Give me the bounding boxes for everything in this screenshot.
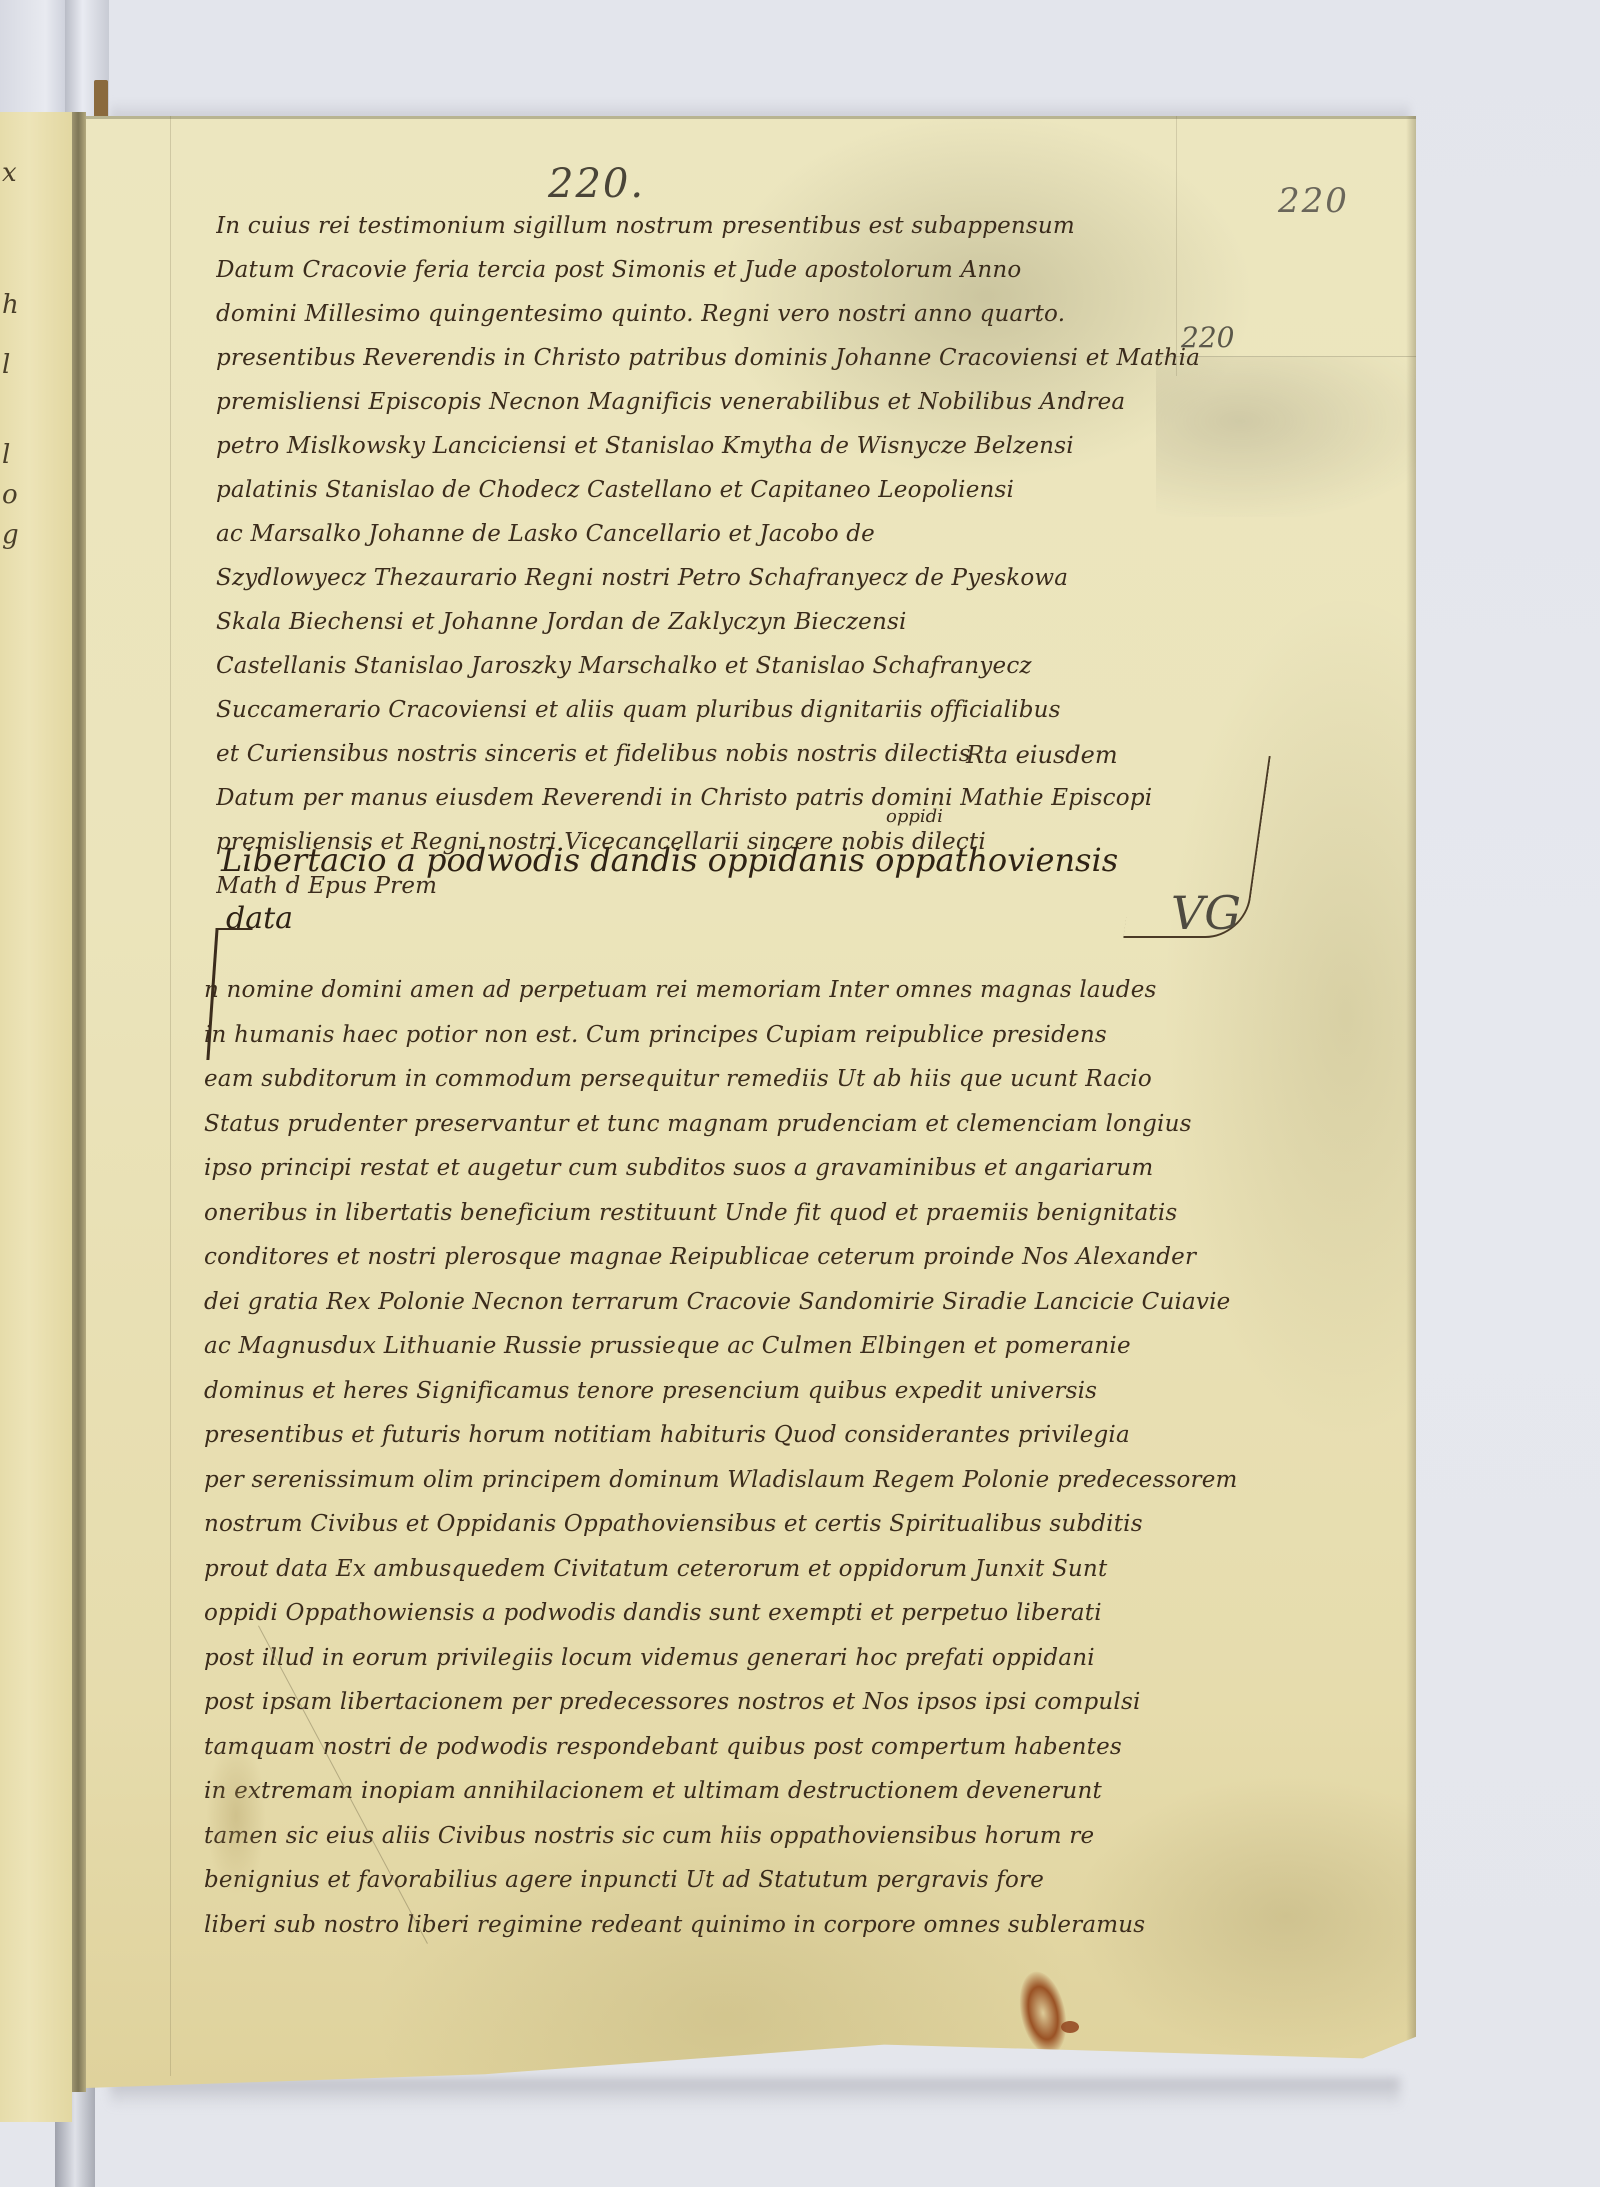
folio-number-corner: 220 [1278, 181, 1349, 221]
facing-page-fragment: x [2, 160, 17, 186]
text-line: Datum Cracovie feria tercia post Simonis… [216, 248, 1276, 292]
text-line: Datum per manus eiusdem Reverendi in Chr… [216, 776, 1276, 820]
text-line: Skala Biechensi et Johanne Jordan de Zak… [216, 600, 1276, 644]
text-line: tamen sic eius aliis Civibus nostris sic… [204, 1814, 1264, 1859]
binding-gutter [72, 112, 86, 2092]
text-line: nostrum Civibus et Oppidanis Oppathovien… [204, 1502, 1264, 1547]
margin-initials: VG [1171, 886, 1241, 940]
text-line: presentibus et futuris horum notitiam ha… [204, 1413, 1264, 1458]
folio-number-header: 220. [548, 161, 645, 207]
text-line: dominus et heres Significamus tenore pre… [204, 1369, 1264, 1414]
wax-stain [1061, 2021, 1079, 2033]
text-line: premisliensi Episcopis Necnon Magnificis… [216, 380, 1276, 424]
wax-stain [1013, 1967, 1074, 2058]
text-line: ac Magnusdux Lithuanie Russie prussieque… [204, 1324, 1264, 1369]
text-line: eam subditorum in commodum persequitur r… [204, 1057, 1264, 1102]
page-edge-shading [1406, 116, 1416, 2088]
text-line: dei gratia Rex Polonie Necnon terrarum C… [204, 1280, 1264, 1325]
text-line: Castellanis Stanislao Jaroszky Marschalk… [216, 644, 1276, 688]
text-line: ac Marsalko Johanne de Lasko Cancellario… [216, 512, 1276, 556]
text-line: benignius et favorabilius agere inpuncti… [204, 1858, 1264, 1903]
manuscript-page: 220. 220 220 In cuius rei testimonium si… [86, 116, 1416, 2088]
page-bottom-shadow [110, 2078, 1400, 2108]
text-line: prout data Ex ambusquedem Civitatum cete… [204, 1547, 1264, 1592]
text-line: per serenissimum olim principem dominum … [204, 1458, 1264, 1503]
text-line: post illud in eorum privilegiis locum vi… [204, 1636, 1264, 1681]
text-line: palatinis Stanislao de Chodecz Castellan… [216, 468, 1276, 512]
facing-page-fragment: g [2, 522, 19, 548]
text-line: post ipsam libertacionem per predecessor… [204, 1680, 1264, 1725]
facing-page-fragment: o [2, 482, 18, 508]
text-line: presentibus Reverendis in Christo patrib… [216, 336, 1276, 380]
text-line: in humanis haec potior non est. Cum prin… [204, 1013, 1264, 1058]
text-line: in extremam inopiam annihilacionem et ul… [204, 1769, 1264, 1814]
water-stain [206, 1736, 266, 1896]
text-line: oppidi Oppathowiensis a podwodis dandis … [204, 1591, 1264, 1636]
cradle-bar [0, 0, 65, 120]
text-line: Szydlowyecz Thezaurario Regni nostri Pet… [216, 556, 1276, 600]
text-line: conditores et nostri plerosque magnae Re… [204, 1235, 1264, 1280]
entry-heading: Libertacio a podwodis dandis oppidanis o… [221, 841, 1118, 879]
text-line: In cuius rei testimonium sigillum nostru… [216, 204, 1276, 248]
text-line: Succamerario Cracoviensi et aliis quam p… [216, 688, 1276, 732]
text-line: Status prudenter preservantur et tunc ma… [204, 1102, 1264, 1147]
margin-ruling-line [170, 116, 171, 2076]
closing-right: Rta eiusdem [966, 741, 1118, 769]
facing-page-fragment: l [2, 442, 10, 468]
text-line: oneribus in libertatis beneficium restit… [204, 1191, 1264, 1236]
binding-tab [94, 80, 108, 120]
text-line: domini Millesimo quingentesimo quinto. R… [216, 292, 1276, 336]
text-line: petro Mislkowsky Lanciciensi et Stanisla… [216, 424, 1276, 468]
text-line: n nomine domini amen ad perpetuam rei me… [204, 968, 1264, 1013]
facing-page-edge: x h l l o g [0, 112, 72, 2122]
text-line: tamquam nostri de podwodis respondebant … [204, 1725, 1264, 1770]
entry-1-text: In cuius rei testimonium sigillum nostru… [216, 204, 1276, 908]
interlinear-insert: oppidi [886, 806, 943, 827]
facing-page-fragment: h [2, 292, 19, 318]
text-line: liberi sub nostro liberi regimine redean… [204, 1903, 1264, 1948]
facing-page-fragment: l [2, 352, 10, 378]
text-line: ipso principi restat et augetur cum subd… [204, 1146, 1264, 1191]
entry-2-text: n nomine domini amen ad perpetuam rei me… [204, 968, 1264, 1947]
